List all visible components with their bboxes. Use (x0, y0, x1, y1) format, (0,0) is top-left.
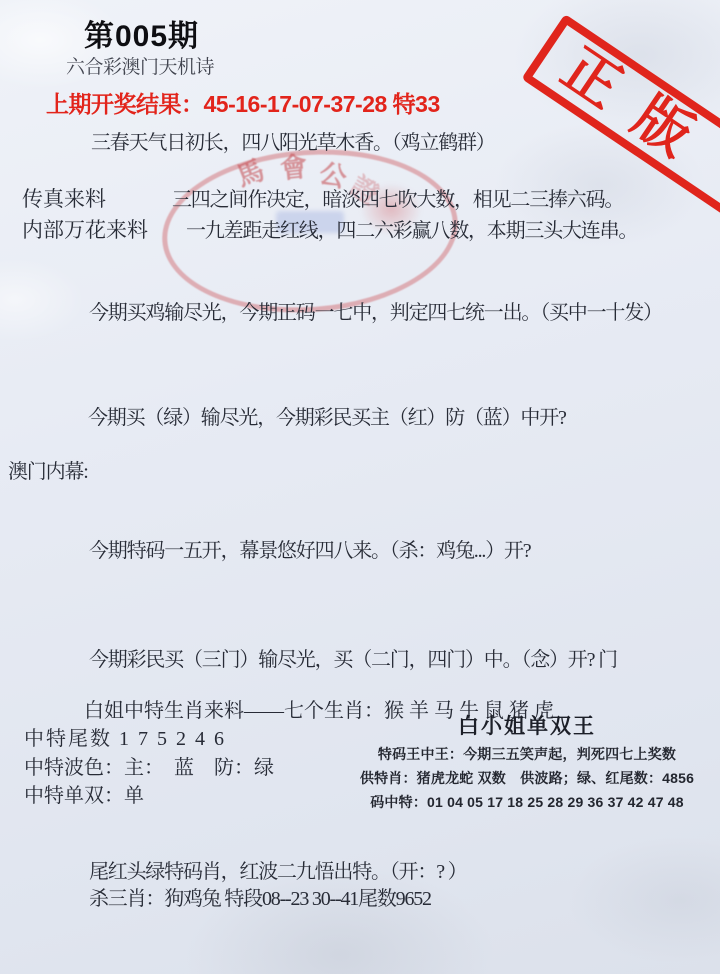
box-title: 白小姐单双王 (348, 710, 706, 740)
wave-color-line: 中特波色：主： 蓝 防：绿 (24, 751, 274, 780)
fax-source-text: 三四之间作决定，暗淡四七吹大数，相见二三捧六码。 (172, 183, 623, 212)
poem-line: 三春天气日初长，四八阳光草木香。（鸡立鹤群） (91, 126, 495, 155)
previous-result: 上期开奖结果：45-16-17-07-37-28 特33 (46, 86, 440, 119)
tip-line-chicken: 今期买鸡输尽光，今期正码一七中，判定四七统一出。（买中一十发） (89, 296, 662, 325)
macau-insider-label: 澳门内幕: (8, 455, 88, 484)
kill-three-zodiac-line: 杀三肖：狗鸡兔 特段08--23 30--41尾数9652 (89, 882, 431, 911)
odd-even-line: 中特单双：单 (24, 779, 144, 808)
tail-numbers-line: 中特尾数 1 7 5 2 4 6 (24, 722, 226, 751)
box-line-zodiac-wave: 供特肖：猪虎龙蛇 双数 供波路；绿、红尾数：4856 (348, 768, 706, 788)
tip-line-color: 今期买（绿）输尽光，今期彩民买主（红）防（蓝）中开? (88, 401, 566, 430)
tip-line-special-code: 今期特码一五开，幕景悠好四八来。（杀：鸡兔...）开? (89, 534, 530, 563)
lottery-tip-sheet: 馬 會 公 證 第005期 六合彩澳门天机诗 上期开奖结果：45-16-17-0… (0, 0, 720, 974)
fax-source-label: 传真来料 (22, 183, 106, 213)
box-line-king: 特码王中王：今期三五笑声起，判死四七上奖数 (348, 744, 706, 764)
issue-number: 第005期 (84, 11, 199, 55)
tip-line-doors: 今期彩民买（三门）输尽光，买（二门，四门）中。（念）开? 门 (89, 643, 617, 672)
internal-source-text: 一九差距走红线，四二六彩赢八数，本期三头大连串。 (186, 214, 637, 243)
document-text: 第005期 六合彩澳门天机诗 上期开奖结果：45-16-17-07-37-28 … (0, 0, 720, 974)
baixiaojie-box: 白小姐单双王 特码王中王：今期三五笑声起，判死四七上奖数 供特肖：猪虎龙蛇 双数… (348, 710, 706, 812)
tail-red-head-green-line: 尾红头绿特码肖，红波二九悟出特。（开：? ） (89, 855, 466, 884)
paper-title: 六合彩澳门天机诗 (66, 52, 214, 79)
box-line-codes: 码中特：01 04 05 17 18 25 28 29 36 37 42 47 … (348, 792, 706, 812)
internal-source-label: 内部万花来料 (22, 214, 148, 244)
